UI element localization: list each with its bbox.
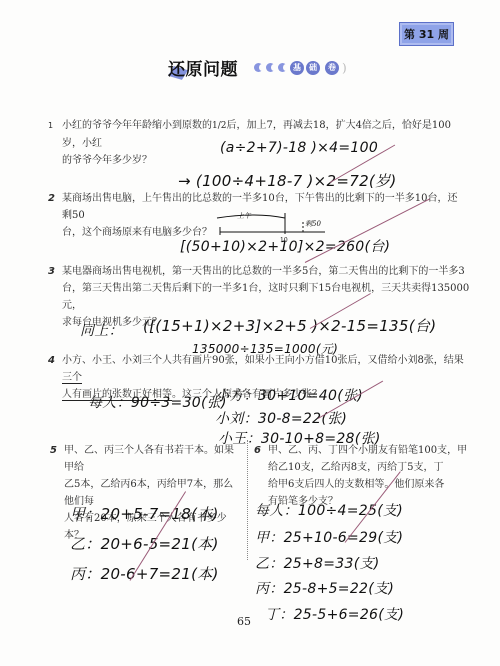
diagram-label: 剩50 bbox=[305, 220, 321, 228]
question-number: 2 bbox=[48, 190, 55, 207]
page-title-text: 还原问题 bbox=[168, 60, 238, 80]
handwritten-answer: 甲：25+10-6=29(支) bbox=[255, 527, 403, 547]
underlined-text: 三个 bbox=[62, 372, 82, 384]
question-text: 甲、乙、丙三个人各有书若干本。如果甲给 bbox=[64, 442, 239, 476]
page-title: 还原问题 bbox=[168, 55, 238, 80]
handwritten-answer: 小方：30+10=40(张) bbox=[215, 385, 363, 405]
handwritten-answer: 每人：90÷3=30(张) bbox=[88, 392, 227, 412]
handwritten-answer: 乙：20+6-5=21(本) bbox=[70, 533, 219, 554]
page-number: 65 bbox=[237, 615, 251, 628]
title-bar: 还原问题 基 础 卷 ) bbox=[168, 55, 347, 80]
chevron-icon bbox=[254, 63, 263, 72]
worksheet-page: 第 31 周 还原问题 基 础 卷 ) 1 小红的爷爷今年年龄缩小到原数的1/2… bbox=[0, 0, 500, 666]
question-text: 某电器商场出售电视机，第一天售出的比总数的一半多5台，第二天售出的比剩下的一半多… bbox=[62, 263, 472, 280]
question-5: 5 甲、乙、丙三个人各有书若干本。如果甲给 乙5本，乙给丙6本，丙给甲7本，那么… bbox=[64, 442, 239, 544]
question-text: 给乙10支，乙给丙8支，丙给丁5支，丁 bbox=[268, 459, 468, 476]
handwritten-answer: [(50+10)×2+10]×2=260(台) bbox=[180, 236, 390, 256]
week-label: 第 31 周 bbox=[404, 26, 449, 42]
handwritten-answer: (a÷2+7)-18 )×4=100 bbox=[220, 140, 378, 156]
question-number: 5 bbox=[50, 442, 57, 459]
question-text: 甲、乙、丙、丁四个小朋友有铅笔100支，甲 bbox=[268, 442, 468, 459]
level-badges: 基 础 卷 ) bbox=[254, 61, 347, 75]
question-text: 台，第三天售出第二天售后剩下的一半多1台，这时只剩下15台电视机，三天共卖得13… bbox=[62, 280, 472, 314]
question-number: 1 bbox=[48, 117, 53, 134]
chevron-icon bbox=[266, 63, 275, 72]
level-char-3: 卷 bbox=[325, 61, 339, 75]
handwritten-label: 同上： bbox=[80, 320, 123, 340]
question-number: 6 bbox=[254, 442, 261, 459]
level-char-1: 基 bbox=[290, 61, 304, 75]
question-text: 小红的爷爷今年年龄缩小到原数的 bbox=[62, 120, 212, 131]
handwritten-answer: 每人：100÷4=25(支) bbox=[255, 500, 403, 520]
question-text: 给甲6支后四人的支数相等。他们原来各 bbox=[268, 476, 468, 493]
diagram-label: 上午 bbox=[237, 212, 252, 220]
question-number: 3 bbox=[48, 263, 55, 280]
bracket-decoration-icon: ) bbox=[342, 61, 347, 75]
chevron-icon bbox=[278, 63, 287, 72]
level-char-2: 础 bbox=[306, 61, 320, 75]
handwritten-answer: 乙：25+8=33(支) bbox=[255, 553, 380, 573]
fraction: 1/2 bbox=[212, 121, 226, 131]
handwritten-answer: 丙：25-8+5=22(支) bbox=[255, 578, 394, 598]
handwritten-answer: ([(15+1)×2+3]×2+5 )×2-15=135(台) bbox=[143, 315, 436, 336]
question-number: 4 bbox=[48, 352, 55, 369]
handwritten-answer: 丙：20-6+7=21(本) bbox=[70, 563, 219, 584]
handwritten-answer: 甲：20+5-7=18(本) bbox=[70, 503, 219, 524]
handwritten-answer: → (100÷4+18-7 )×2=72(岁) bbox=[178, 170, 397, 191]
column-divider bbox=[247, 440, 248, 560]
week-badge: 第 31 周 bbox=[399, 22, 454, 46]
handwritten-answer: 丁：25-5+6=26(支) bbox=[265, 604, 404, 624]
question-text: 小方、小王、小刘三个人共有画片90张，如果小王向小方借10张后，又借给小刘8张，… bbox=[62, 355, 464, 366]
